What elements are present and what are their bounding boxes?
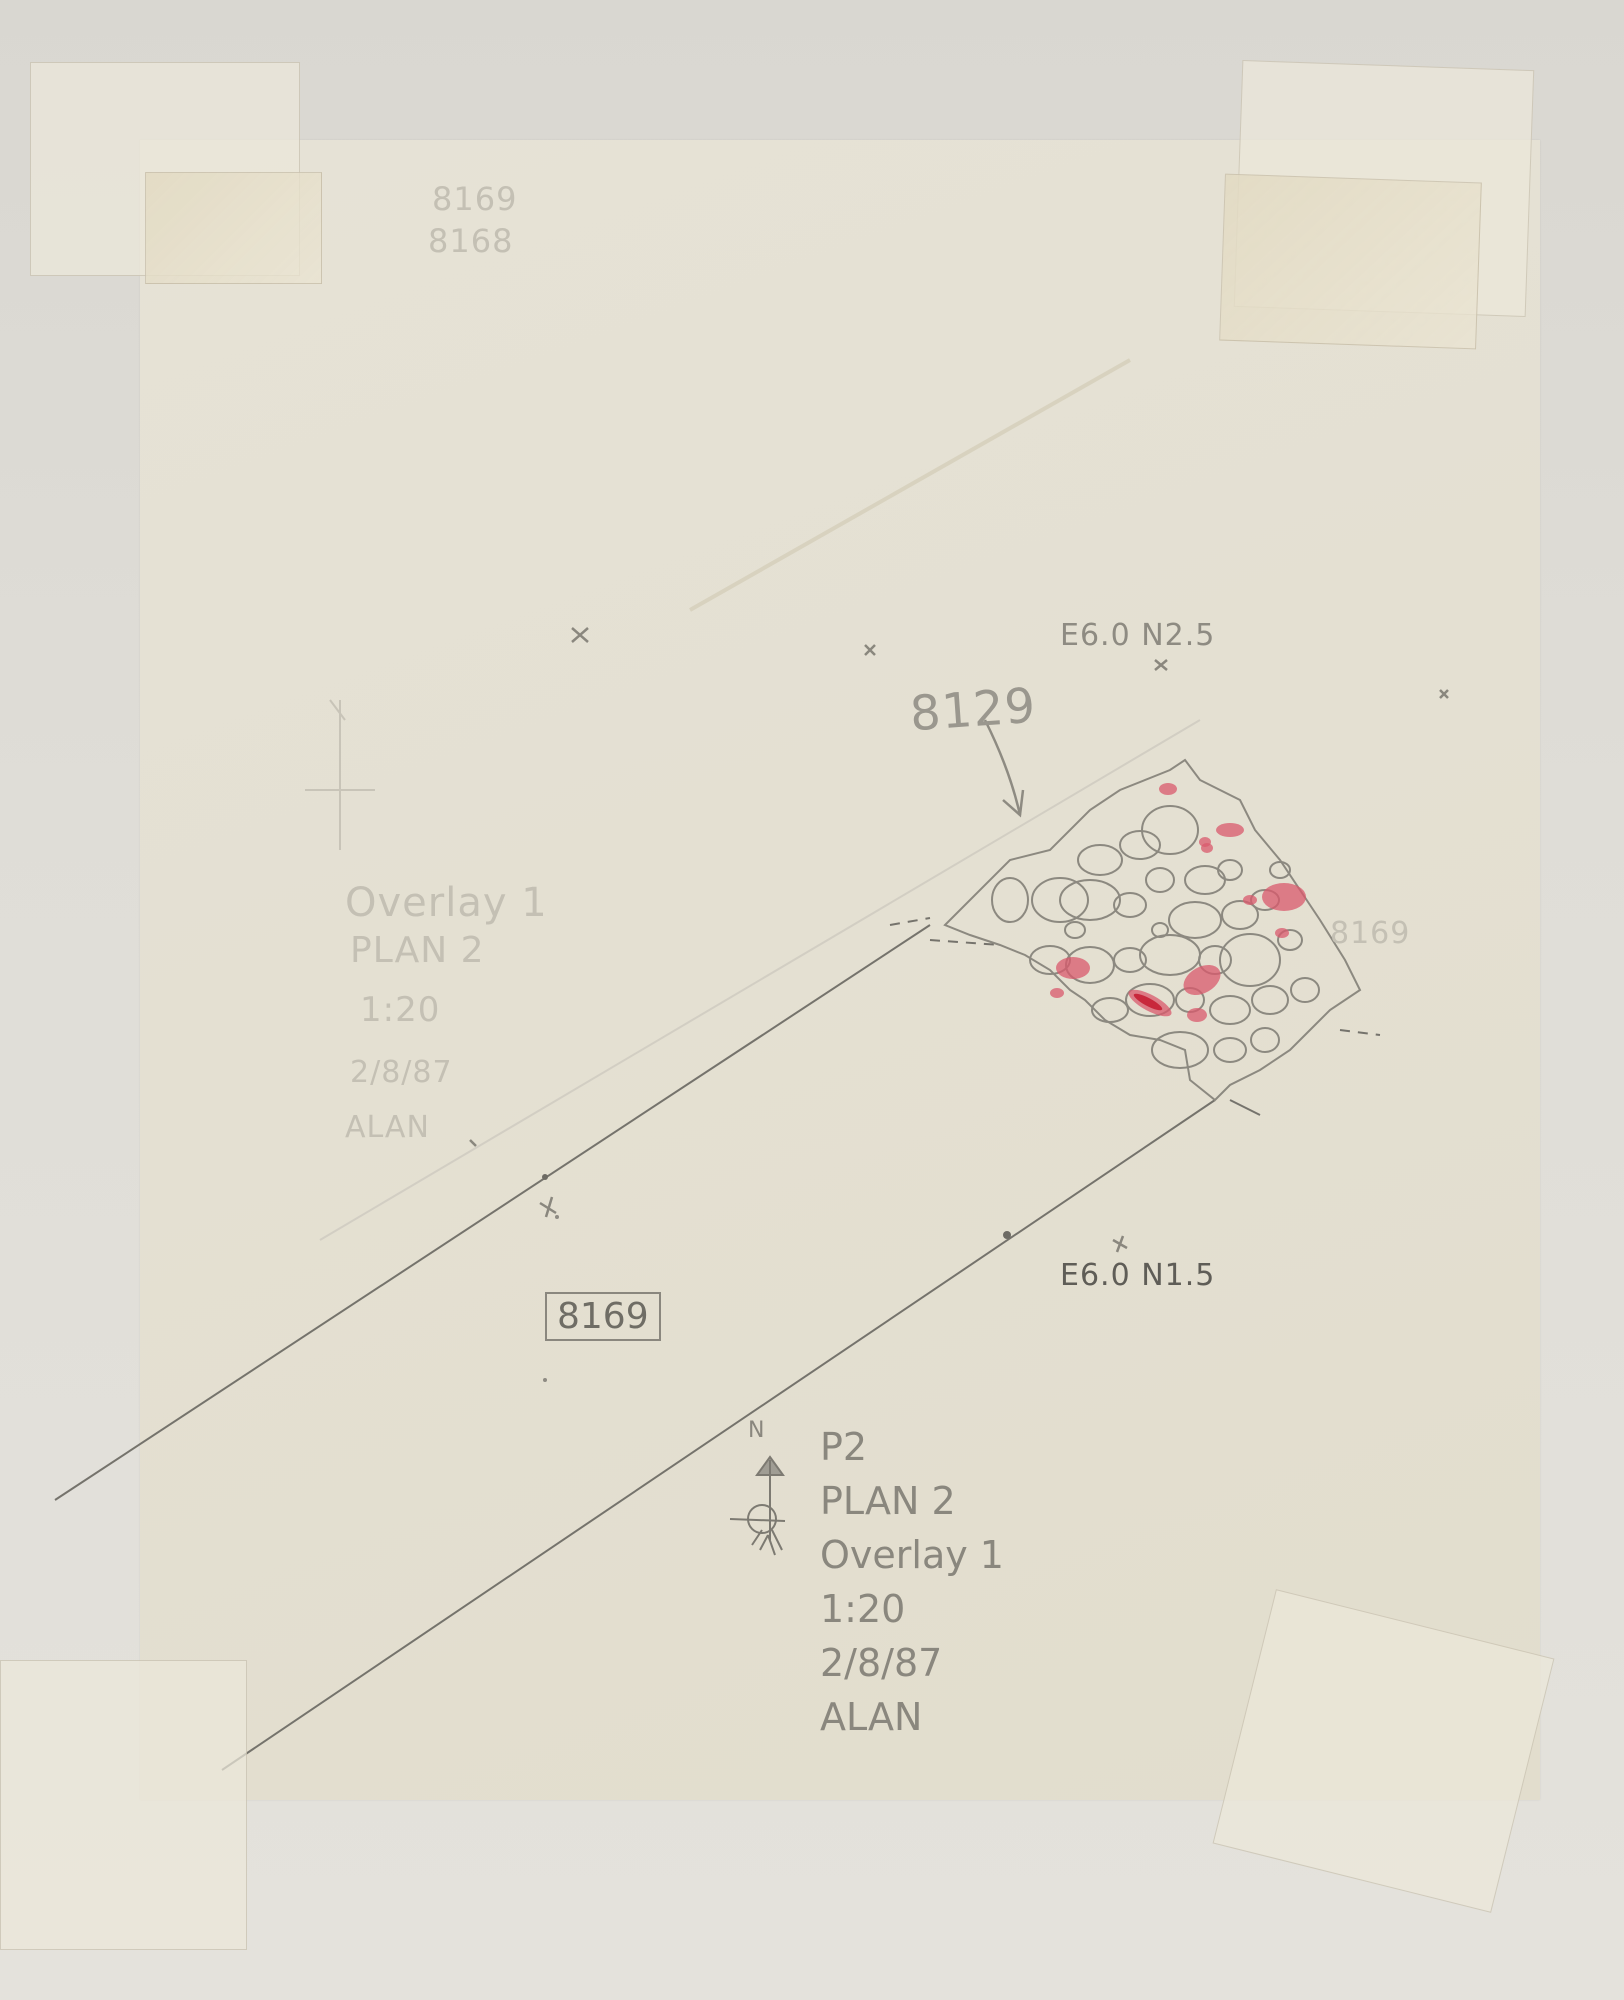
grid-point-bottom-right: E6.0 N1.5 [1060, 1258, 1215, 1293]
title-block-overlay: Overlay 1 [820, 1528, 1004, 1582]
stone-deposit-8129 [945, 760, 1360, 1100]
tape-top-left-inner [145, 172, 322, 284]
title-block-plan: PLAN 2 [820, 1474, 1004, 1528]
faint-cut-number-right: 8169 [1330, 916, 1410, 951]
feature-number-8129: 8129 [908, 678, 1038, 743]
tape-bottom-left [0, 1660, 247, 1950]
tape-top-right-inner [1219, 174, 1482, 350]
title-block: P2 PLAN 2 Overlay 1 1:20 2/8/87 ALAN [820, 1420, 1004, 1744]
photo-scene: 8169 8168 Overlay 1 PLAN 2 1:20 2/8/87 A… [0, 0, 1624, 2000]
title-block-author: ALAN [820, 1690, 1004, 1744]
title-block-date: 2/8/87 [820, 1636, 1004, 1690]
faint-north-arrow-icon [305, 700, 375, 850]
title-block-scale: 1:20 [820, 1582, 1004, 1636]
north-letter: N [748, 1418, 765, 1443]
cut-number-8169-box: 8169 [545, 1292, 661, 1341]
grid-point-top-right: E6.0 N2.5 [1060, 618, 1215, 653]
north-arrow-icon [730, 1457, 785, 1555]
title-block-context: P2 [820, 1420, 1004, 1474]
